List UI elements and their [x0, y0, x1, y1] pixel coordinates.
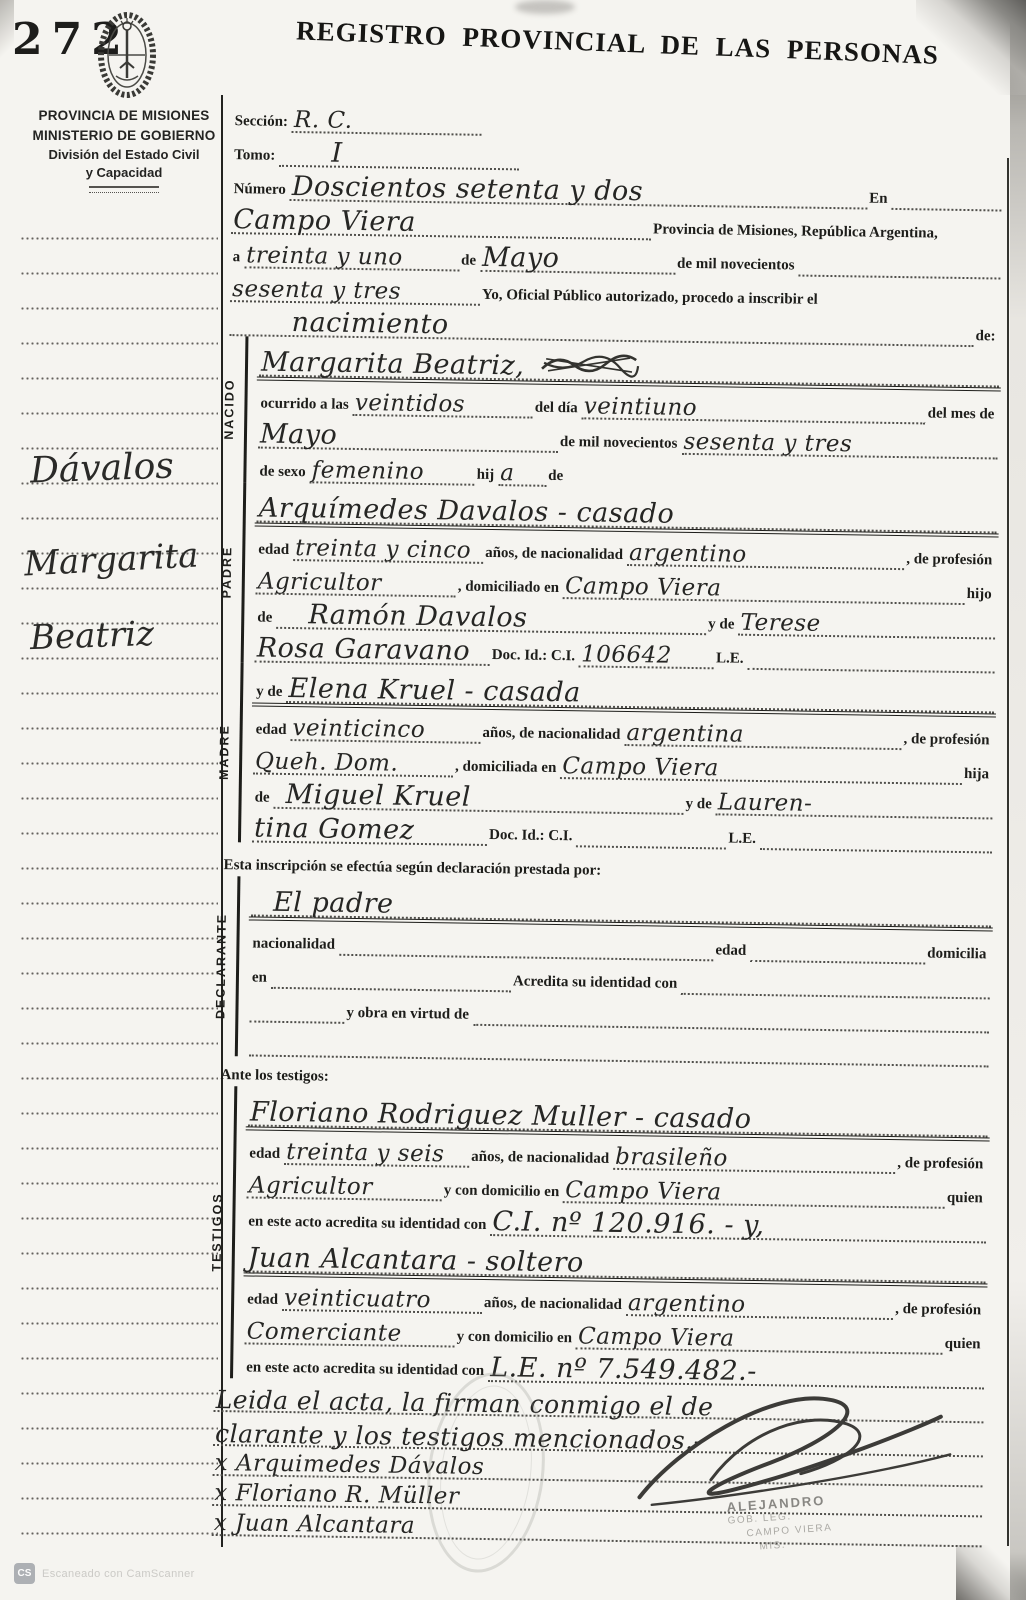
hora-field: veintidos — [353, 394, 533, 418]
testigo1-profesion-label: , de profesión — [895, 1155, 987, 1175]
testigo1-nombre-value: Floriano Rodriguez Muller - casado — [248, 1102, 754, 1132]
testigo1-edad-field: treinta y seis — [284, 1143, 469, 1167]
madre-doc-label: Doc. Id.: C.I. — [487, 827, 577, 847]
nacido-mes-value: Mayo — [258, 424, 340, 448]
section-madre: MADRE y de Elena Kruel - casada edad vei… — [214, 662, 997, 854]
declarante-en-label: en — [250, 969, 271, 988]
madre-abuela1-value: Lauren- — [716, 794, 815, 815]
testigo1-profesion-value: Agricultor — [247, 1177, 375, 1198]
mes-field: Mayo — [480, 247, 675, 275]
section-padre: PADRE Arquímedes Davalos - casado edad t… — [217, 482, 1000, 674]
madre-nombre-value: Elena Kruel - casada — [286, 678, 583, 705]
declarante-section-label: DECLARANTE — [213, 913, 229, 1019]
madre-nacionalidad-value: argentina — [624, 724, 746, 745]
agency-province: PROVINCIA DE MISIONES — [24, 106, 224, 126]
padre-y-de-label: y de — [706, 616, 739, 635]
madre-abuelo-value: Miguel Kruel — [283, 784, 473, 810]
margin-ruled-lines — [20, 226, 218, 1544]
testigo2-edad-label: edad — [245, 1291, 282, 1311]
declarante-obra-label: y obra en virtud de — [344, 1005, 473, 1026]
acto-value: nacimiento — [289, 312, 450, 337]
madre-y-de2-label: y de — [683, 796, 716, 815]
madre-domicilio-value: Campo Viera — [560, 758, 721, 780]
official-stamp: ALEJANDRO GOB. LEG. CAMPO VIERA MIS. — [726, 1492, 834, 1556]
nacido-dia-value: veintiuno — [582, 398, 700, 419]
declarante-nacionalidad-label: nacionalidad — [250, 935, 339, 955]
testigo1-edad-value: treinta y seis — [284, 1143, 446, 1165]
margin-middle-name: Beatriz — [29, 614, 154, 658]
scan-smudge — [515, 0, 575, 14]
madre-abuela2-field: tina Gomez — [252, 818, 487, 846]
testigo1-anos-label: años, de nacionalidad — [469, 1149, 613, 1170]
agency-division-2: y Capacidad — [24, 164, 224, 182]
seccion-value: R. C. — [292, 111, 355, 131]
madre-hija-label: hija — [962, 766, 993, 785]
testigo2-profesion-field: Comerciante — [245, 1323, 455, 1348]
madre-profesion-value: Queh. Dom. — [253, 753, 400, 775]
testigo2-anos-label: años, de nacionalidad — [482, 1295, 626, 1316]
coat-of-arms-icon — [96, 8, 158, 107]
madre-profesion-label: , de profesión — [901, 731, 993, 751]
testigo1-edad-label: edad — [247, 1145, 284, 1165]
tomo-value: I — [329, 143, 345, 166]
madre-edad-value: veinticinco — [290, 719, 427, 741]
agency-rule — [89, 186, 159, 193]
madre-de-label: de — [252, 789, 273, 808]
agency-division: División del Estado Civil — [24, 146, 224, 164]
del-mes-label: del mes de — [926, 405, 999, 425]
padre-section-label: PADRE — [220, 546, 235, 599]
madre-edad-field: veinticinco — [290, 719, 480, 743]
padre-label-col: PADRE — [217, 482, 244, 662]
hij-sufijo-value: a — [498, 465, 517, 485]
madre-label-col: MADRE — [214, 662, 241, 842]
testigo2-edad-value: veinticuatro — [282, 1289, 433, 1311]
dia-value: treinta y uno — [244, 247, 405, 269]
testigo2-domicilio-label: y con domicilio en — [454, 1329, 576, 1350]
scan-right-edge-shadow — [1010, 0, 1026, 1600]
padre-anos-label: años, de nacionalidad — [483, 545, 627, 566]
firma-testigo1: x Floriano R. Müller — [212, 1484, 461, 1507]
padre-de-label: de — [255, 610, 276, 629]
nacido-section-label: NACIDO — [222, 378, 237, 440]
de-colon-label: de: — [973, 328, 999, 347]
scan-bottom-right-shadow — [956, 1545, 1026, 1600]
sexo-label: de sexo — [257, 464, 310, 484]
mes-value: Mayo — [480, 247, 562, 271]
nacido-label-col: NACIDO — [219, 336, 245, 482]
testigo2-profesion-value: Comerciante — [245, 1323, 404, 1345]
tomo-field: I — [279, 142, 519, 170]
madre-anos-label: años, de nacionalidad — [480, 725, 624, 746]
tomo-label: Tomo: — [232, 147, 279, 167]
madre-y-de-label: y de — [254, 683, 287, 702]
padre-abuela2-value: Rosa Garavano — [255, 638, 473, 664]
hij-label: hij — [475, 467, 499, 486]
form-body: Sección: R. C. Tomo: I Número Doscientos… — [204, 98, 1005, 1547]
section-declarante: DECLARANTE El padre nacionalidad edad do… — [211, 876, 994, 1068]
section-testigos: TESTIGOS Floriano Rodriguez Muller - cas… — [206, 1086, 990, 1390]
agency-block: PROVINCIA DE MISIONES MINISTERIO DE GOBI… — [24, 106, 224, 193]
padre-ci-value: 106642 — [579, 646, 674, 667]
ocurrido-label: ocurrido a las — [258, 396, 353, 416]
declarante-label-col: DECLARANTE — [211, 876, 238, 1056]
padre-abuela1-value: Terese — [738, 614, 822, 635]
testigo1-domicilio-label: y con domicilio en — [442, 1182, 564, 1203]
padre-profesion-label: , de profesión — [904, 551, 996, 571]
anio-value: sesenta y tres — [230, 281, 403, 303]
testigo2-quien-label: quien — [943, 1336, 985, 1356]
testigos-section-label: TESTIGOS — [210, 1192, 225, 1271]
en-label: En — [867, 191, 892, 210]
numero-label: Número — [231, 181, 289, 201]
testigo2-domicilio-value: Campo Viera — [576, 1328, 737, 1350]
padre-abuelo-value: Ramón Davalos — [306, 604, 530, 630]
nacido-de-label: de — [546, 468, 567, 487]
testigos-label-col: TESTIGOS — [206, 1086, 234, 1378]
padre-profesion-value: Agricultor — [256, 573, 384, 594]
padre-hijo-label: hijo — [965, 586, 996, 605]
seccion-field: R. C. — [292, 111, 482, 135]
testigos-intro-label: Ante los testigos: — [218, 1067, 333, 1088]
declarante-value: El padre — [271, 892, 396, 917]
testigo1-doc-value: C.I. nº 120.916. - y, — [490, 1211, 766, 1238]
padre-domicilio-value: Campo Viera — [563, 578, 724, 600]
padre-ci-field: 106642 — [579, 646, 714, 670]
lugar-value: Campo Viera — [231, 209, 418, 235]
padre-le-label: L.E. — [714, 650, 748, 669]
nacido-novecientos-label: de mil novecientos — [558, 434, 682, 455]
del-dia-label: del día — [533, 400, 582, 420]
padre-doc-label: Doc. Id.: C.I. — [490, 647, 580, 667]
madre-domicilio-label: , domiciliada en — [453, 758, 561, 779]
padre-profesion-field: Agricultor — [256, 573, 456, 598]
camscanner-badge-icon: CS — [14, 1563, 35, 1584]
hora-value: veintidos — [353, 394, 468, 415]
testigo2-edad-field: veinticuatro — [282, 1289, 482, 1314]
testigo2-profesion-label: , de profesión — [893, 1301, 985, 1321]
section-nacido: NACIDO Margarita Beatriz, ocurrido a las… — [219, 336, 1001, 494]
watermark-text: Escaneado con CamScanner — [42, 1568, 195, 1580]
madre-profesion-field: Queh. Dom. — [253, 753, 453, 778]
de-label: de — [459, 252, 480, 271]
declarante-acredita-label: Acredita su identidad con — [511, 973, 682, 995]
madre-abuela2-value: tina Gomez — [252, 818, 417, 843]
scanner-watermark: CS Escaneado con CamScanner — [14, 1563, 195, 1584]
dia-field: treinta y uno — [244, 247, 459, 272]
numero-value: Doscientos setenta y dos — [290, 176, 646, 204]
padre-edad-label: edad — [256, 542, 293, 562]
testigo2-doc-value: L.E. nº 7.549.482.- — [488, 1357, 759, 1384]
declarante-edad-label: edad — [713, 942, 750, 962]
nacido-nombre-value: Margarita Beatriz, — [259, 352, 527, 379]
form-right-border — [1007, 158, 1009, 1546]
padre-abuela2-field: Rosa Garavano — [255, 638, 490, 666]
padre-nombre-value: Arquímedes Davalos - casado — [257, 498, 677, 527]
margin-surname: Dávalos — [29, 446, 174, 492]
nacido-anio-value: sesenta y tres — [681, 433, 854, 455]
declarante-domicilia-label: domicilia — [925, 945, 990, 965]
testigo1-quien-label: quien — [945, 1190, 987, 1210]
madre-section-label: MADRE — [217, 724, 232, 780]
sexo-value: femenino — [310, 462, 427, 483]
testigo1-nacionalidad-value: brasileño — [613, 1148, 730, 1169]
testigo1-domicilio-value: Campo Viera — [563, 1182, 724, 1204]
hij-sufijo-field: a — [498, 465, 546, 487]
padre-domicilio-label: , domiciliado en — [456, 578, 564, 599]
testigo1-profesion-field: Agricultor — [247, 1177, 442, 1201]
sexo-field: femenino — [310, 462, 475, 486]
padre-edad-value: treinta y cinco — [293, 540, 473, 562]
novecientos-label: de mil novecientos — [675, 256, 799, 277]
testigo2-nombre-value: Juan Alcantara - soltero — [246, 1247, 586, 1275]
testigo2-nacionalidad-value: argentino — [626, 1295, 748, 1316]
form-title: REGISTRO PROVINCIAL DE LAS PERSONAS — [296, 15, 957, 71]
padre-edad-field: treinta y cinco — [293, 540, 483, 564]
firma-testigo2: x Juan Alcantara — [212, 1514, 417, 1537]
seccion-label: Sección: — [232, 113, 292, 133]
crossed-out-word-scribble — [540, 351, 640, 378]
padre-nacionalidad-value: argentino — [627, 544, 749, 565]
a-label: a — [230, 249, 244, 268]
madre-edad-label: edad — [253, 721, 290, 741]
madre-le-label: L.E. — [726, 831, 760, 850]
agency-ministry: MINISTERIO DE GOBIERNO — [24, 126, 224, 146]
